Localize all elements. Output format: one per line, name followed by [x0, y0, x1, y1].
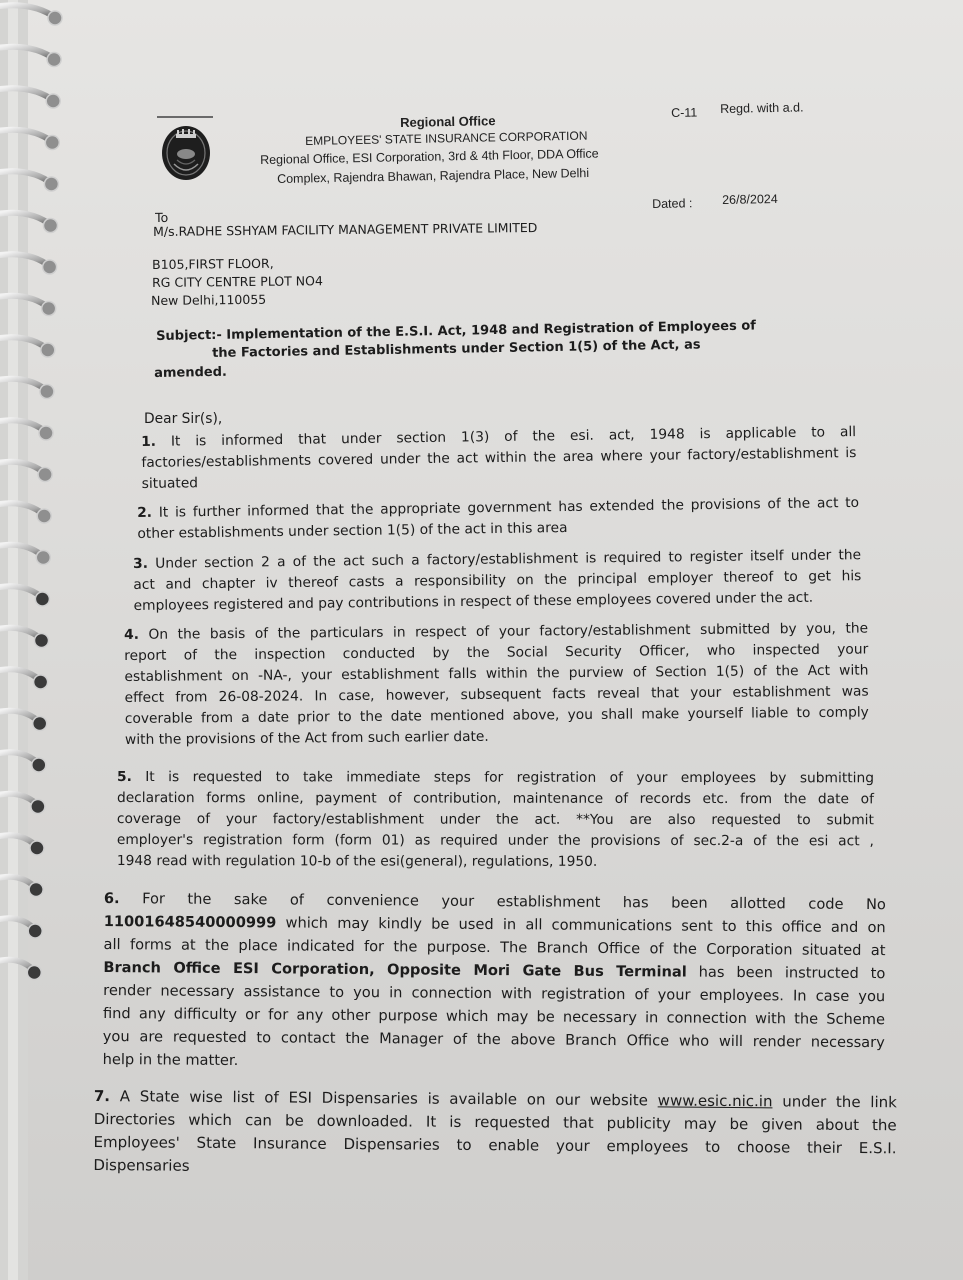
letterhead-org: EMPLOYEES' STATE INSURANCE CORPORATION — [305, 129, 588, 148]
letterhead-address-line1: Regional Office, ESI Corporation, 3rd & … — [260, 146, 599, 166]
recipient-address-line3: New Delhi,110055 — [151, 292, 266, 308]
form-code: C-11 — [671, 105, 697, 119]
paragraph-2: 2. It is further informed that the appro… — [137, 493, 860, 545]
paragraph-7: 7. A State wise list of ESI Dispensaries… — [93, 1085, 897, 1183]
recipient-address-line2: RG CITY CENTRE PLOT NO4 — [152, 273, 323, 290]
paragraph-1: 1. It is informed that under section 1(3… — [141, 422, 857, 495]
esic-emblem-icon — [160, 124, 212, 182]
letterhead-title: Regional Office — [400, 113, 496, 130]
paragraph-6: 6. For the sake of convenience your esta… — [103, 887, 886, 1077]
recipient-name: M/s.RADHE SSHYAM FACILITY MANAGEMENT PRI… — [153, 220, 537, 239]
dated-label: Dated : — [652, 196, 693, 211]
letter-page: Regional Office EMPLOYEES' STATE INSURAN… — [0, 0, 963, 1280]
esic-website-link[interactable]: www.esic.nic.in — [658, 1091, 773, 1110]
paragraph-3: 3. Under section 2 a of the act such a f… — [133, 545, 862, 617]
dated-value: 26/8/2024 — [722, 192, 778, 207]
logo-rule — [157, 116, 213, 118]
paragraph-number: 1. — [141, 434, 156, 450]
to-label: To — [155, 210, 168, 225]
establishment-code: 11001648540000999 — [104, 913, 277, 931]
subject-line3: amended. — [154, 365, 227, 381]
letterhead-address-line2: Complex, Rajendra Bhawan, Rajendra Place… — [277, 166, 589, 186]
paragraph-4: 4. On the basis of the particulars in re… — [124, 619, 869, 751]
recipient-address-line1: B105,FIRST FLOOR, — [152, 256, 274, 272]
dispatch-mode: Regd. with a.d. — [720, 100, 804, 116]
salutation: Dear Sir(s), — [144, 411, 222, 427]
branch-office-address: Branch Office ESI Corporation, Opposite … — [103, 959, 687, 981]
paragraph-5: 5. It is requested to take immediate ste… — [117, 767, 874, 873]
